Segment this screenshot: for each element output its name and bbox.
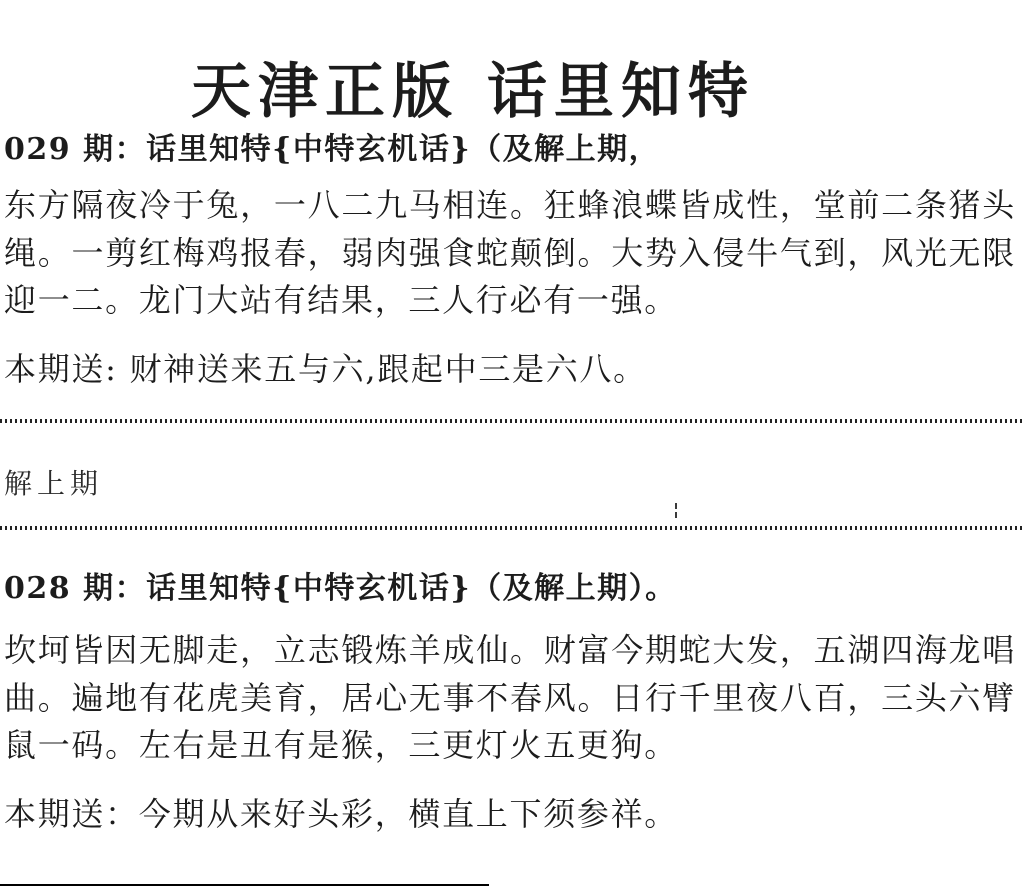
page-title: 天津正版 话里知特 bbox=[0, 48, 1024, 136]
section-028-gift-line: 本期送：今期从来好头彩，横直上下须参祥。 bbox=[4, 789, 678, 835]
section-028-heading: 028 期：话里知特{中特玄机话}（及解上期）。 bbox=[4, 563, 677, 607]
section-029-gift-line: 本期送: 财神送来五与六,跟起中三是六八。 bbox=[4, 344, 647, 390]
section-029-heading: 029 期：话里知特{中特玄机话}（及解上期， bbox=[4, 124, 660, 168]
dotted-divider-top bbox=[0, 419, 1024, 423]
solve-previous-label: 解上期 bbox=[4, 462, 103, 502]
document-page: 天津正版 话里知特 029 期：话里知特{中特玄机话}（及解上期， 东方隔夜冷于… bbox=[0, 0, 1024, 886]
stray-scan-mark bbox=[675, 503, 677, 518]
dotted-divider-bottom bbox=[0, 526, 1024, 530]
section-029-body: 东方隔夜冷于兔，一八二九马相连。狂蜂浪蝶皆成性，堂前二条猪头绳。一剪红梅鸡报春，… bbox=[4, 182, 1016, 325]
section-028-body: 坎坷皆因无脚走，立志锻炼羊成仙。财富今期蛇大发，五湖四海龙唱曲。遍地有花虎美育，… bbox=[4, 627, 1016, 770]
